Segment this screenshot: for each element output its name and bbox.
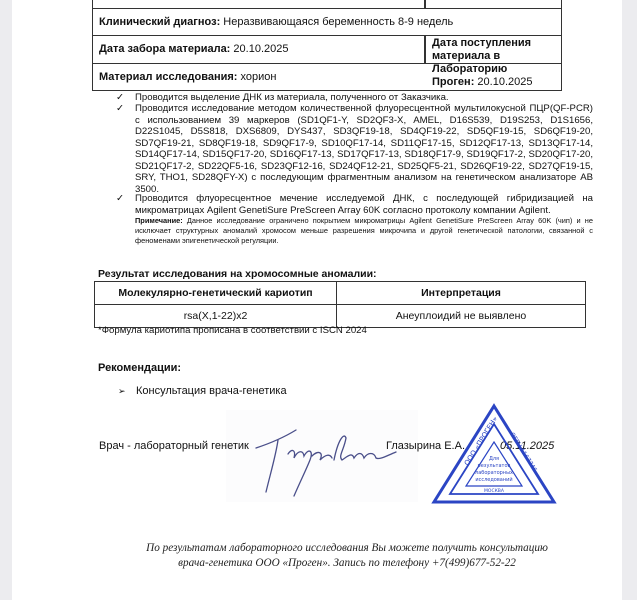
column-header-interpretation: Интерпретация bbox=[336, 282, 585, 304]
method-item-3: Проводится флуоресцентное мечение исслед… bbox=[135, 193, 593, 246]
material-value: хорион bbox=[241, 71, 277, 84]
svg-text:исследований: исследований bbox=[475, 476, 512, 483]
check-icon: ✓ bbox=[116, 103, 124, 115]
method-item-1: Проводится выделение ДНК из материала, п… bbox=[135, 92, 593, 104]
footer-line-2: врача-генетика ООО «Проген». Запись по т… bbox=[112, 556, 582, 571]
table-row: rsa(X,1-22)x2 Анеуплоидий не выявлено bbox=[95, 304, 585, 327]
collection-date-value: 20.10.2025 bbox=[233, 43, 288, 56]
collection-date-label: Дата забора материала: bbox=[99, 43, 230, 56]
dates-row: Дата забора материала: 20.10.2025 Дата п… bbox=[93, 35, 561, 63]
recommendations-title: Рекомендации: bbox=[98, 362, 181, 374]
diagnosis-value: Неразвивающаяся беременность 8-9 недель bbox=[223, 16, 453, 29]
check-icon: ✓ bbox=[116, 193, 124, 205]
table-row-cut-top bbox=[93, 0, 561, 8]
recommendation-item: Консультация врача-генетика bbox=[136, 385, 287, 397]
svg-text:лабораторных: лабораторных bbox=[475, 470, 513, 476]
material-label: Материал исследования: bbox=[99, 71, 237, 84]
material-row: Материал исследования: хорион bbox=[93, 63, 561, 90]
interpretation-cell: Анеуплоидий не выявлено bbox=[336, 305, 585, 327]
method-item-3-text: Проводится флуоресцентное мечение исслед… bbox=[135, 193, 593, 216]
diagnosis-label: Клинический диагноз: bbox=[99, 16, 220, 29]
blue-stamp-icon: ООО «ПРОГЕН» ОГРН 1167746... Для результ… bbox=[430, 402, 558, 506]
method-item-2: Проводится исследование методом количест… bbox=[135, 103, 593, 195]
patient-info-table: Клинический диагноз: Неразвивающаяся бер… bbox=[92, 0, 562, 91]
arrow-bullet-icon: ➢ bbox=[118, 386, 126, 397]
handwritten-signature-icon bbox=[248, 420, 398, 500]
svg-text:МОСКВА: МОСКВА bbox=[484, 488, 505, 494]
svg-text:Для: Для bbox=[489, 456, 499, 462]
results-title: Результат исследования на хромосомные ан… bbox=[98, 268, 377, 280]
doctor-role: Врач - лабораторный генетик bbox=[99, 440, 249, 452]
column-header-karyotype: Молекулярно-генетический кариотип bbox=[95, 282, 336, 304]
note-label: Примечание: bbox=[135, 216, 183, 225]
karyotype-footnote: *Формула кариотипа прописана в соответст… bbox=[98, 325, 367, 336]
document-page: Клинический диагноз: Неразвивающаяся бер… bbox=[12, 0, 622, 600]
note-text: Данное исследование ограничено покрытием… bbox=[135, 216, 593, 245]
results-header-row: Молекулярно-генетический кариотип Интерп… bbox=[95, 282, 585, 304]
footer-note: По результатам лабораторного исследовани… bbox=[112, 541, 582, 571]
results-table: Молекулярно-генетический кариотип Интерп… bbox=[94, 281, 586, 328]
check-icon: ✓ bbox=[116, 92, 124, 104]
karyotype-cell: rsa(X,1-22)x2 bbox=[95, 305, 336, 327]
svg-text:результатов: результатов bbox=[478, 463, 511, 469]
diagnosis-row: Клинический диагноз: Неразвивающаяся бер… bbox=[93, 8, 561, 35]
footer-line-1: По результатам лабораторного исследовани… bbox=[112, 541, 582, 556]
received-date-label-line1: Дата поступления материала в bbox=[432, 37, 555, 63]
method-note: Примечание: Данное исследование ограниче… bbox=[135, 216, 593, 246]
